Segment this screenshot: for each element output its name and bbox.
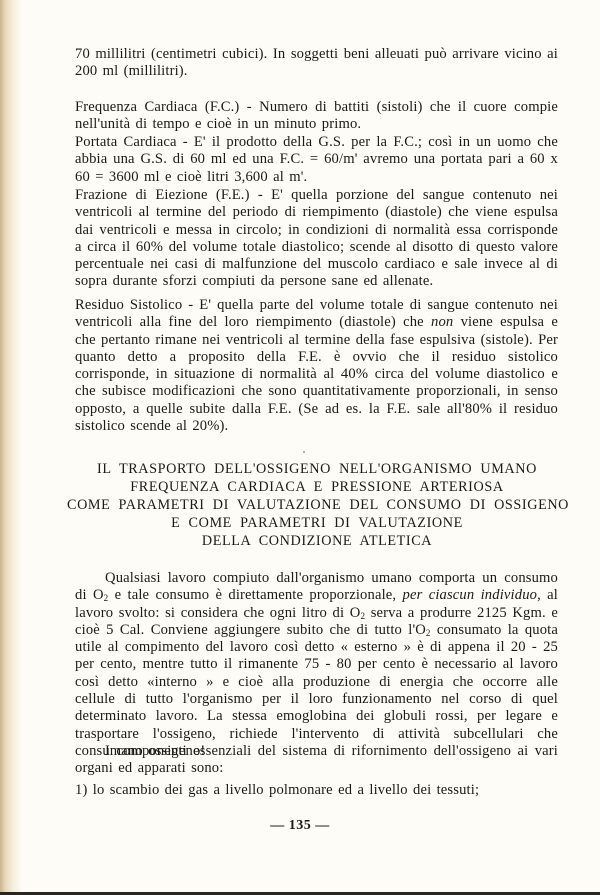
emphasis-text: non	[431, 314, 453, 330]
text-run: consumato la quota utile al compimento d…	[75, 622, 558, 759]
heading-line-1: IL TRASPORTO DELL'OSSIGENO NELL'ORGANISM…	[67, 460, 567, 478]
paragraph-residual-volume: Residuo Sistolico - E' quella parte del …	[75, 297, 558, 435]
paragraph-ejection-fraction: Frazione di Eiezione (F.E.) - E' quella …	[75, 187, 558, 291]
page-number: — 135 —	[0, 818, 600, 834]
book-binding-shadow	[0, 0, 22, 895]
emphasis-text: per ciascun individuo	[403, 587, 538, 603]
section-heading: IL TRASPORTO DELL'OSSIGENO NELL'ORGANISM…	[67, 460, 567, 550]
heading-line-4: E COME PARAMETRI DI VALUTAZIONE	[67, 514, 567, 532]
heading-line-2: FREQUENZA CARDIACA E PRESSIONE ARTERIOSA	[67, 478, 567, 496]
text-run: e tale consumo è direttamente proporzion…	[108, 587, 402, 603]
list-item-gas-exchange: 1) lo scambio dei gas a livello polmonar…	[75, 782, 479, 799]
text-run: viene espulsa e che pertanto rimane nei …	[75, 314, 558, 434]
paragraph-heart-rate: Frequenza Cardiaca (F.C.) - Numero di ba…	[75, 99, 558, 134]
scan-speck	[303, 451, 305, 453]
paragraph-oxygen-supply-components: I componenti essenziali del sistema di r…	[75, 743, 558, 778]
heading-line-3: COME PARAMETRI DI VALUTAZIONE DEL CONSUM…	[67, 496, 567, 514]
paragraph-oxygen-consumption: Qualsiasi lavoro compiuto dall'organismo…	[75, 570, 558, 760]
paragraph-stroke-volume-end: 70 millilitri (centimetri cubici). In so…	[75, 46, 558, 81]
paragraph-cardiac-output: Portata Cardiaca - E' il prodotto della …	[75, 134, 558, 186]
heading-line-5: DELLA CONDIZIONE ATLETICA	[67, 532, 567, 550]
